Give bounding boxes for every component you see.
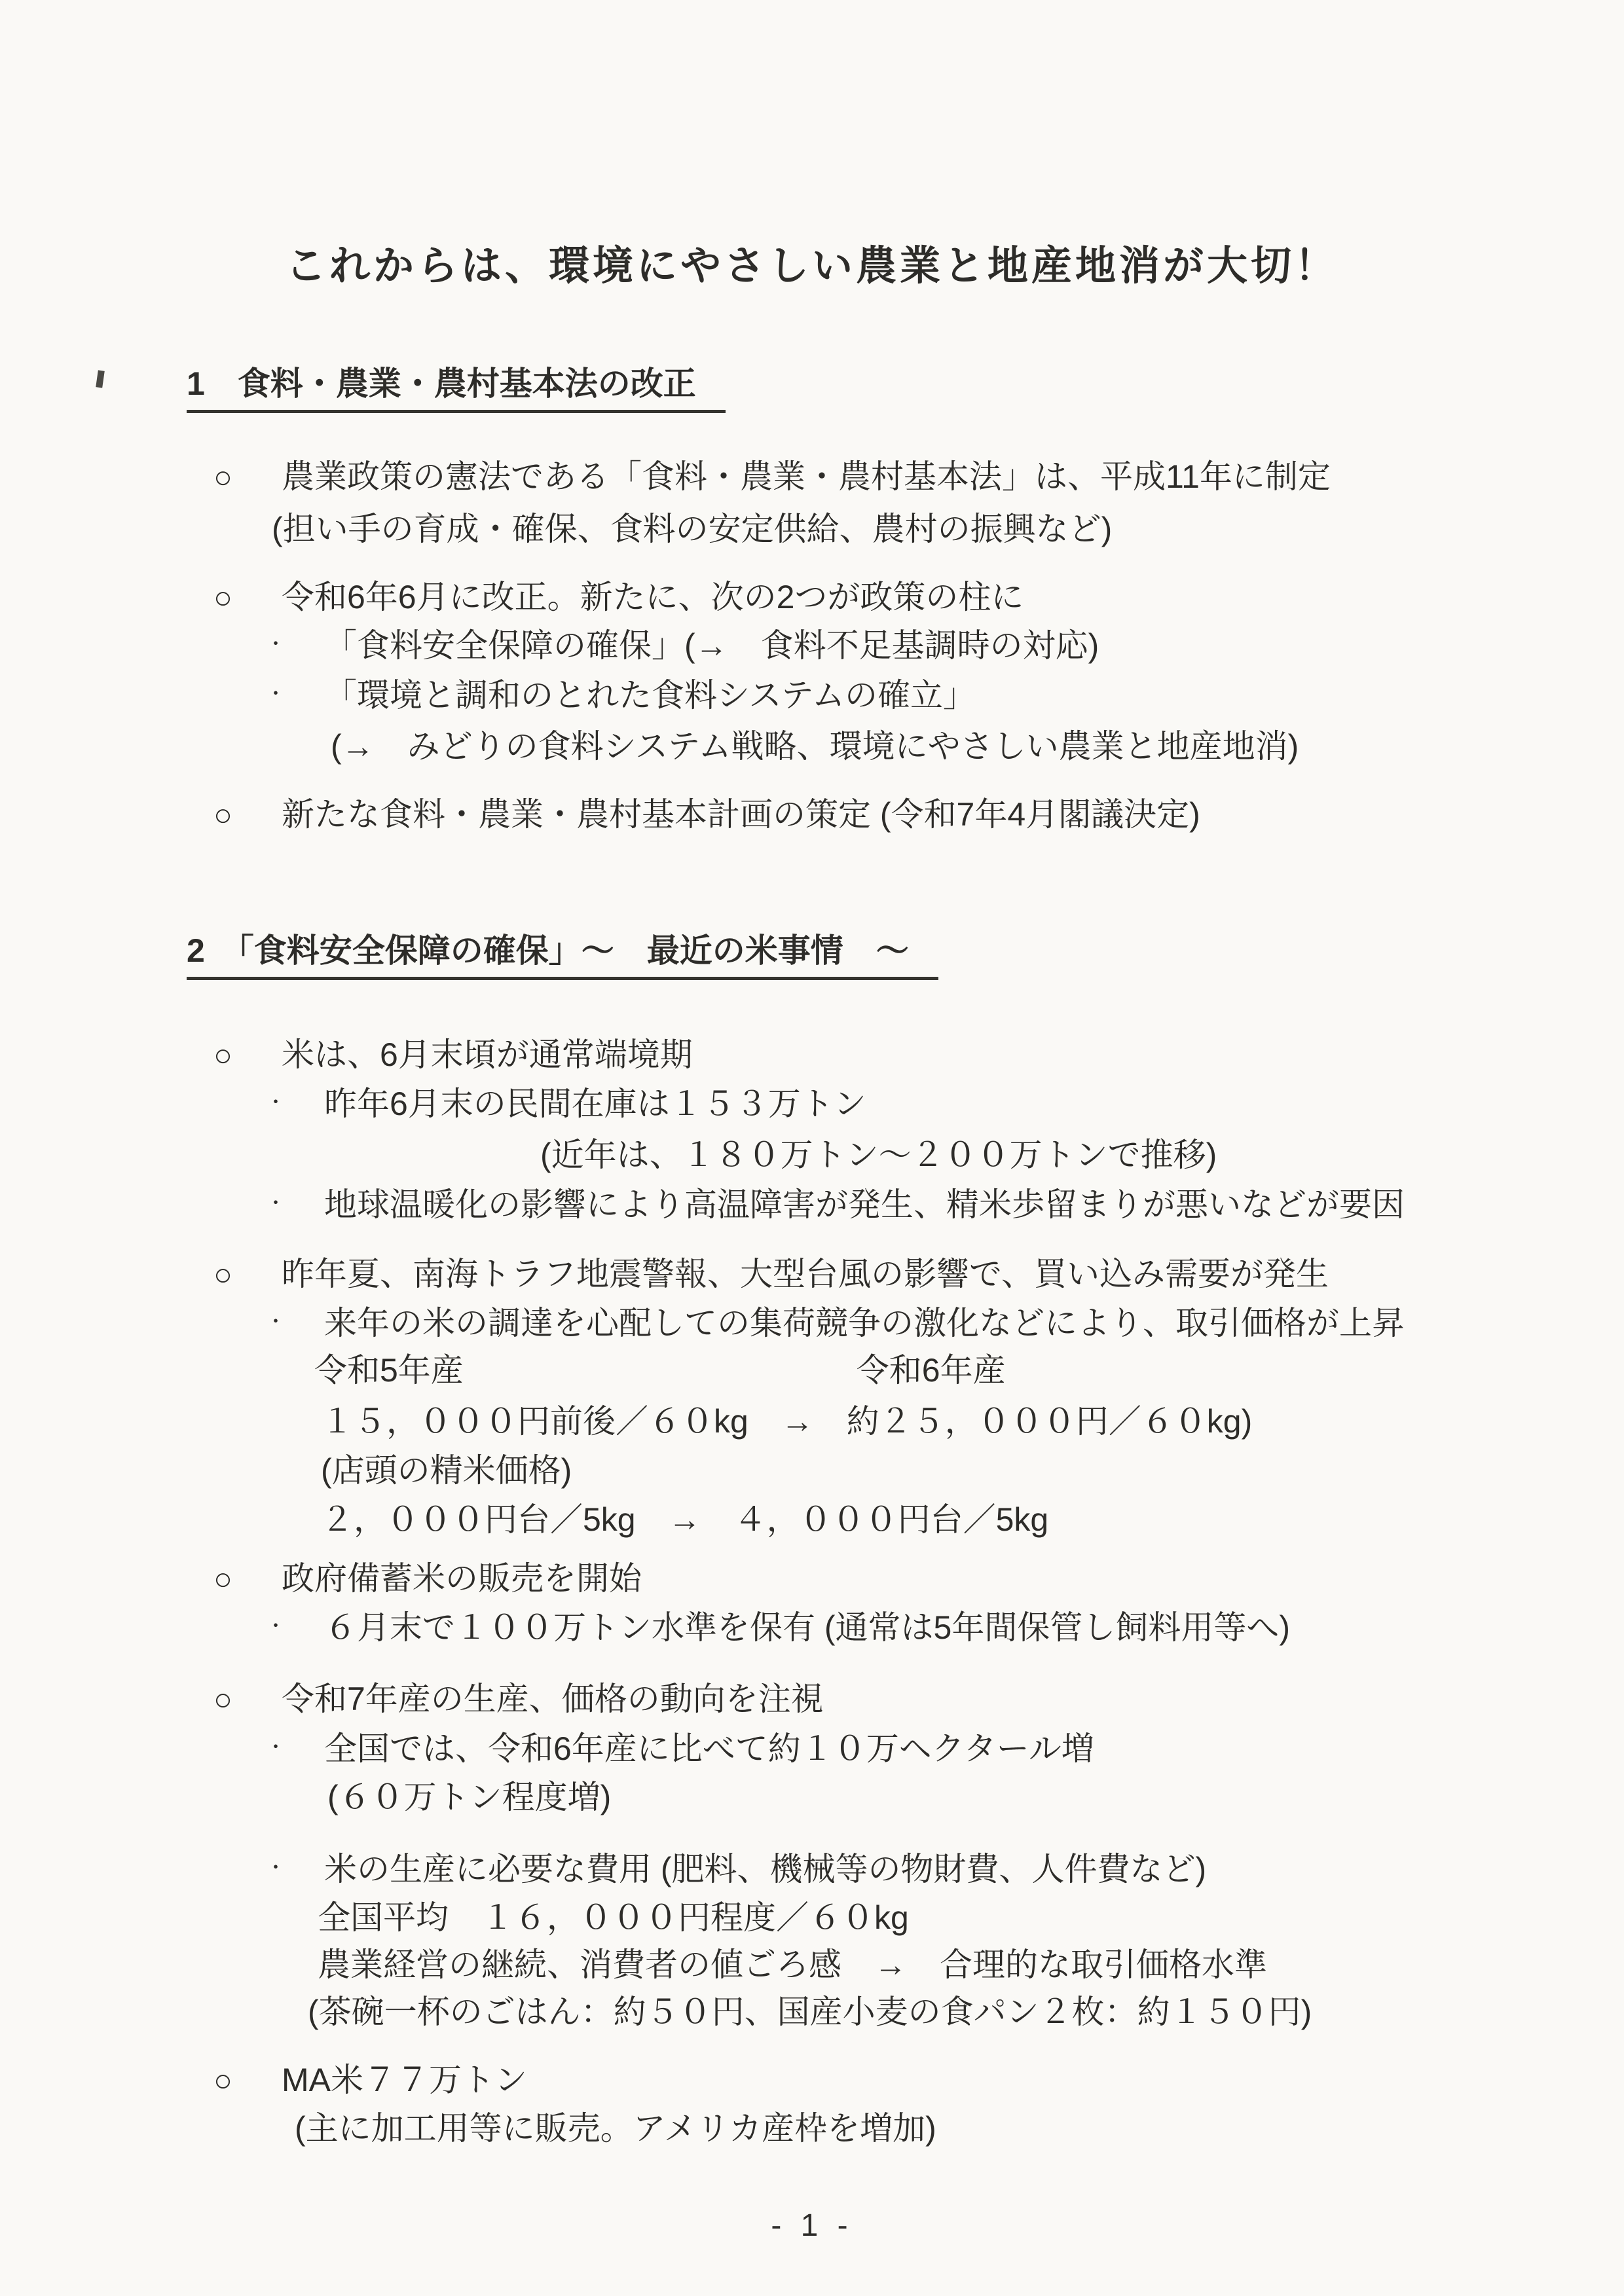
line-text: (６０万トン程度増) — [327, 1779, 611, 1815]
circle-bullet-icon: ○ — [213, 797, 282, 833]
bullet-item: ○政府備蓄米の販売を開始 — [213, 1560, 642, 1598]
circle-bullet-icon: ○ — [213, 1561, 282, 1597]
line-text: １５，０００円前後／６０kg → 約２５，０００円／６０kg) — [321, 1403, 1252, 1440]
text-line: 全国平均 １６，０００円程度／６０kg — [318, 1899, 909, 1937]
dot-bullet-icon: ・ — [266, 634, 324, 657]
line-text: 「食料安全保障の確保」(→ 食料不足基調時の対応) — [324, 627, 1099, 664]
circle-bullet-icon: ○ — [213, 460, 282, 496]
line-text: 全国では、令和6年産に比べて約１０万ヘクタール増 — [324, 1730, 1094, 1767]
document-page: これからは、環境にやさしい農業と地産地消が大切！ 1 食料・農業・農村基本法の改… — [0, 0, 1624, 2296]
text-line: (６０万トン程度増) — [327, 1779, 611, 1817]
dot-bullet-icon: ・ — [266, 683, 324, 706]
page-number: - 1 - — [0, 2208, 1624, 2244]
line-text: 令和5年産 令和6年産 — [314, 1352, 1006, 1389]
dot-bullet-icon: ・ — [266, 1737, 324, 1760]
text-line: 農業経営の継続、消費者の値ごろ感 → 合理的な取引価格水準 — [318, 1946, 1267, 1984]
sub-bullet-item: ・来年の米の調達を心配しての集荷競争の激化などにより、取引価格が上昇 — [266, 1305, 1405, 1343]
text-line: (→ みどりの食料システム戦略、環境にやさしい農業と地産地消) — [331, 728, 1299, 766]
bullet-item: ○米は、6月末頃が通常端境期 — [213, 1036, 693, 1074]
line-text: 1 食料・農業・農村基本法の改正 — [187, 365, 726, 413]
bullet-item: ○昨年夏、南海トラフ地震警報、大型台風の影響で、買い込み需要が発生 — [213, 1256, 1329, 1294]
text-line: (主に加工用等に販売。アメリカ産枠を増加) — [295, 2110, 936, 2148]
line-text: (担い手の育成・確保、食料の安定供給、農村の振興など) — [272, 511, 1112, 547]
line-text: (主に加工用等に販売。アメリカ産枠を増加) — [295, 2110, 936, 2147]
text-line: １５，０００円前後／６０kg → 約２５，０００円／６０kg) — [321, 1403, 1252, 1441]
line-text: (店頭の精米価格) — [321, 1452, 572, 1489]
circle-bullet-icon: ○ — [213, 1257, 282, 1293]
sub-bullet-item: ・全国では、令和6年産に比べて約１０万ヘクタール増 — [266, 1730, 1094, 1768]
sub-bullet-item: ・６月末で１００万トン水準を保有 (通常は5年間保管し飼料用等へ) — [266, 1609, 1290, 1647]
line-text: 地球温暖化の影響により高温障害が発生、精米歩留まりが悪いなどが要因 — [324, 1186, 1405, 1223]
sub-bullet-item: ・地球温暖化の影響により高温障害が発生、精米歩留まりが悪いなどが要因 — [266, 1186, 1405, 1224]
text-line: 令和5年産 令和6年産 — [314, 1352, 1006, 1390]
line-text: (→ みどりの食料システム戦略、環境にやさしい農業と地産地消) — [331, 728, 1299, 765]
line-text: 新たな食料・農業・農村基本計画の策定 (令和7年4月閣議決定) — [282, 796, 1200, 833]
line-text: 全国平均 １６，０００円程度／６０kg — [318, 1899, 909, 1936]
bullet-item: ○新たな食料・農業・農村基本計画の策定 (令和7年4月閣議決定) — [213, 796, 1200, 834]
line-text: 「環境と調和のとれた食料システムの確立」 — [324, 677, 976, 714]
line-text: 来年の米の調達を心配しての集荷競争の激化などにより、取引価格が上昇 — [324, 1305, 1405, 1341]
line-text: 昨年夏、南海トラフ地震警報、大型台風の影響で、買い込み需要が発生 — [282, 1256, 1329, 1292]
scan-artifact — [96, 370, 105, 388]
section-heading-1: 1 食料・農業・農村基本法の改正 — [187, 365, 726, 413]
sub-bullet-item: ・「食料安全保障の確保」(→ 食料不足基調時の対応) — [266, 627, 1099, 665]
circle-bullet-icon: ○ — [213, 580, 282, 616]
line-text: 農業経営の継続、消費者の値ごろ感 → 合理的な取引価格水準 — [318, 1946, 1267, 1983]
dot-bullet-icon: ・ — [266, 1616, 324, 1639]
section-heading-2: 2 「食料安全保障の確保」～ 最近の米事情 ～ — [187, 932, 938, 980]
line-text: (茶碗一杯のごはん：約５０円、国産小麦の食パン２枚：約１５０円) — [308, 1994, 1312, 2030]
bullet-item: ○MA米７７万トン — [213, 2062, 527, 2100]
line-text: MA米７７万トン — [282, 2062, 527, 2098]
line-text: 2 「食料安全保障の確保」～ 最近の米事情 ～ — [187, 932, 938, 980]
text-line: (担い手の育成・確保、食料の安定供給、農村の振興など) — [272, 511, 1112, 549]
circle-bullet-icon: ○ — [213, 2063, 282, 2099]
bullet-item: ○令和6年6月に改正。新たに、次の2つが政策の柱に — [213, 579, 1024, 617]
line-text: 米の生産に必要な費用 (肥料、機械等の物財費、人件費など) — [324, 1851, 1206, 1887]
line-text: 米は、6月末頃が通常端境期 — [282, 1036, 693, 1073]
bullet-item: ○令和7年産の生産、価格の動向を注視 — [213, 1681, 824, 1719]
dot-bullet-icon: ・ — [266, 1311, 324, 1334]
text-line: ２，０００円台／5kg → ４，０００円台／5kg — [321, 1501, 1048, 1539]
line-text: 昨年6月末の民間在庫は１５３万トン — [324, 1085, 866, 1122]
sub-bullet-item: ・昨年6月末の民間在庫は１５３万トン — [266, 1085, 866, 1123]
dot-bullet-icon: ・ — [266, 1857, 324, 1880]
sub-bullet-item: ・米の生産に必要な費用 (肥料、機械等の物財費、人件費など) — [266, 1851, 1206, 1889]
line-text: 令和6年6月に改正。新たに、次の2つが政策の柱に — [282, 579, 1024, 615]
dot-bullet-icon: ・ — [266, 1092, 324, 1115]
bullet-item: ○農業政策の憲法である「食料・農業・農村基本法」は、平成11年に制定 — [213, 458, 1331, 496]
line-text: 農業政策の憲法である「食料・農業・農村基本法」は、平成11年に制定 — [282, 458, 1331, 495]
line-text: ２，０００円台／5kg → ４，０００円台／5kg — [321, 1501, 1048, 1538]
text-line: (店頭の精米価格) — [321, 1452, 572, 1490]
sub-bullet-item: ・「環境と調和のとれた食料システムの確立」 — [266, 677, 976, 715]
document-title: これからは、環境にやさしい農業と地産地消が大切！ — [0, 233, 1624, 291]
circle-bullet-icon: ○ — [213, 1038, 282, 1074]
line-text: ６月末で１００万トン水準を保有 (通常は5年間保管し飼料用等へ) — [324, 1609, 1290, 1646]
line-text: 令和7年産の生産、価格の動向を注視 — [282, 1681, 824, 1717]
circle-bullet-icon: ○ — [213, 1682, 282, 1718]
text-line: (近年は、１８０万トン～２００万トンで推移) — [540, 1137, 1217, 1175]
line-text: 政府備蓄米の販売を開始 — [282, 1560, 642, 1597]
line-text: (近年は、１８０万トン～２００万トンで推移) — [540, 1137, 1217, 1173]
text-line: (茶碗一杯のごはん：約５０円、国産小麦の食パン２枚：約１５０円) — [308, 1994, 1312, 2032]
dot-bullet-icon: ・ — [266, 1193, 324, 1216]
